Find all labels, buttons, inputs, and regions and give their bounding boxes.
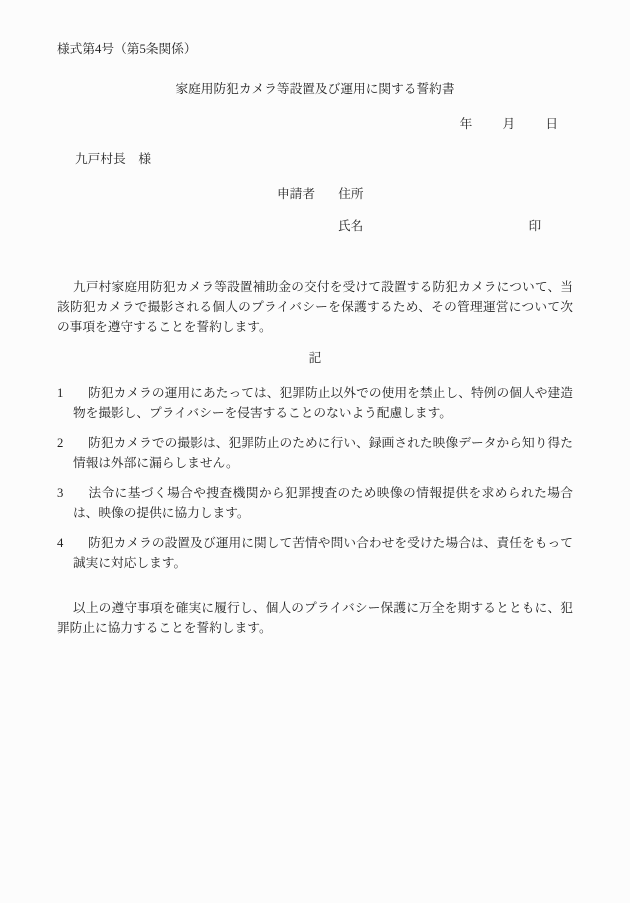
intro-paragraph: 九戸村家庭用防犯カメラ等設置補助金の交付を受けて設置する防犯カメラについて、当該…	[57, 277, 573, 337]
pledge-item-1: 1防犯カメラの運用にあたっては、犯罪防止以外での使用を禁止し、特例の個人や建造物…	[57, 383, 573, 423]
item-number: 1	[57, 383, 88, 403]
item-text: 防犯カメラの運用にあたっては、犯罪防止以外での使用を禁止し、特例の個人や建造物を…	[73, 386, 573, 420]
year-label: 年	[460, 115, 473, 133]
name-label: 氏名	[338, 219, 363, 233]
item-text: 防犯カメラの設置及び運用に関して苦情や問い合わせを受けた場合は、責任をもって誠実…	[73, 536, 573, 570]
document-page: 様式第4号（第5条関係） 家庭用防犯カメラ等設置及び運用に関する誓約書 年 月 …	[0, 0, 630, 903]
pledge-item-3: 3法令に基づく場合や捜査機関から犯罪捜査のため映像の情報提供を求められた場合は、…	[57, 483, 573, 523]
applicant-label: 申請者	[277, 187, 315, 201]
item-number: 4	[57, 533, 88, 553]
closing-paragraph: 以上の遵守事項を確実に履行し、個人のプライバシー保護に万全を期するとともに、犯罪…	[57, 598, 573, 638]
pledge-item-2: 2防犯カメラでの撮影は、犯罪防止のために行い、録画された映像データから知り得た情…	[57, 433, 573, 473]
item-text: 防犯カメラでの撮影は、犯罪防止のために行い、録画された映像データから知り得た情報…	[73, 436, 573, 470]
addressee: 九戸村長 様	[75, 150, 573, 168]
document-title: 家庭用防犯カメラ等設置及び運用に関する誓約書	[57, 80, 573, 98]
date-line: 年 月 日	[57, 115, 573, 133]
item-number: 2	[57, 433, 88, 453]
name-row: 氏名 印	[338, 217, 573, 235]
pledge-items: 1防犯カメラの運用にあたっては、犯罪防止以外での使用を禁止し、特例の個人や建造物…	[57, 383, 573, 573]
form-number: 様式第4号（第5条関係）	[57, 40, 573, 58]
seal-mark: 印	[529, 219, 542, 233]
item-text: 法令に基づく場合や捜査機関から犯罪捜査のため映像の情報提供を求められた場合は、映…	[73, 486, 573, 520]
pledge-item-4: 4防犯カメラの設置及び運用に関して苦情や問い合わせを受けた場合は、責任をもって誠…	[57, 533, 573, 573]
day-label: 日	[545, 115, 558, 133]
item-number: 3	[57, 483, 88, 503]
month-label: 月	[502, 115, 515, 133]
applicant-row: 申請者 住所	[277, 185, 573, 203]
address-label: 住所	[338, 187, 363, 201]
ki-heading: 記	[57, 349, 573, 367]
